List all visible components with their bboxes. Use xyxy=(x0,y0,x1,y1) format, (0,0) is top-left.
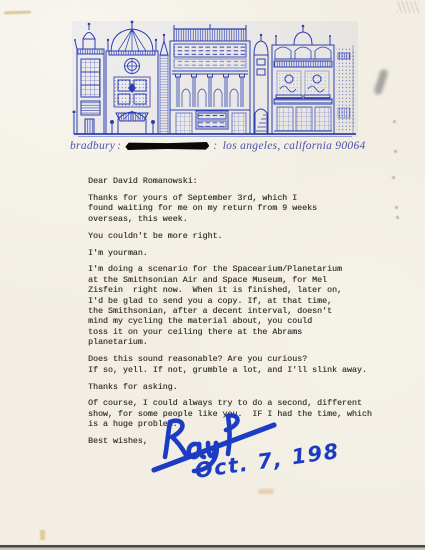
salutation: Dear David Romanowski: xyxy=(88,177,393,187)
redaction-bar xyxy=(125,142,209,150)
scan-speck xyxy=(393,120,396,123)
scan-speck xyxy=(395,206,398,209)
letterhead-separator: : xyxy=(117,140,121,152)
scan-streak-right xyxy=(373,68,389,95)
paragraph: You couldn't be more right. xyxy=(88,232,393,242)
letterhead-separator: : xyxy=(213,140,217,152)
scan-smudge-top-left xyxy=(4,11,31,15)
paragraph: Thanks for asking. xyxy=(88,383,393,393)
scan-mark-bottom-left xyxy=(40,530,45,540)
scanned-letter-page: bradbury:: los angeles, california 90064… xyxy=(0,0,425,550)
signature-block: Oct. 7, 1980 xyxy=(148,412,340,494)
scan-speck xyxy=(394,150,397,153)
letterhead-address-line: bradbury:: los angeles, california 90064 xyxy=(70,140,370,158)
letterhead-address: los angeles, california 90064 xyxy=(223,140,366,152)
scan-smudge-top-right xyxy=(397,1,419,13)
scan-speck xyxy=(396,216,399,219)
paragraph: I'm yourman. xyxy=(88,249,393,259)
bradbury-building-illustration xyxy=(72,13,358,139)
scan-bottom-edge xyxy=(0,544,425,550)
paragraph: Thanks for yours of September 3rd, which… xyxy=(88,194,393,225)
paragraph: I'm doing a scenario for the Spacearium/… xyxy=(88,265,393,348)
letterhead-name: bradbury xyxy=(70,140,115,152)
paragraph: Does this sound reasonable? Are you curi… xyxy=(88,355,393,376)
